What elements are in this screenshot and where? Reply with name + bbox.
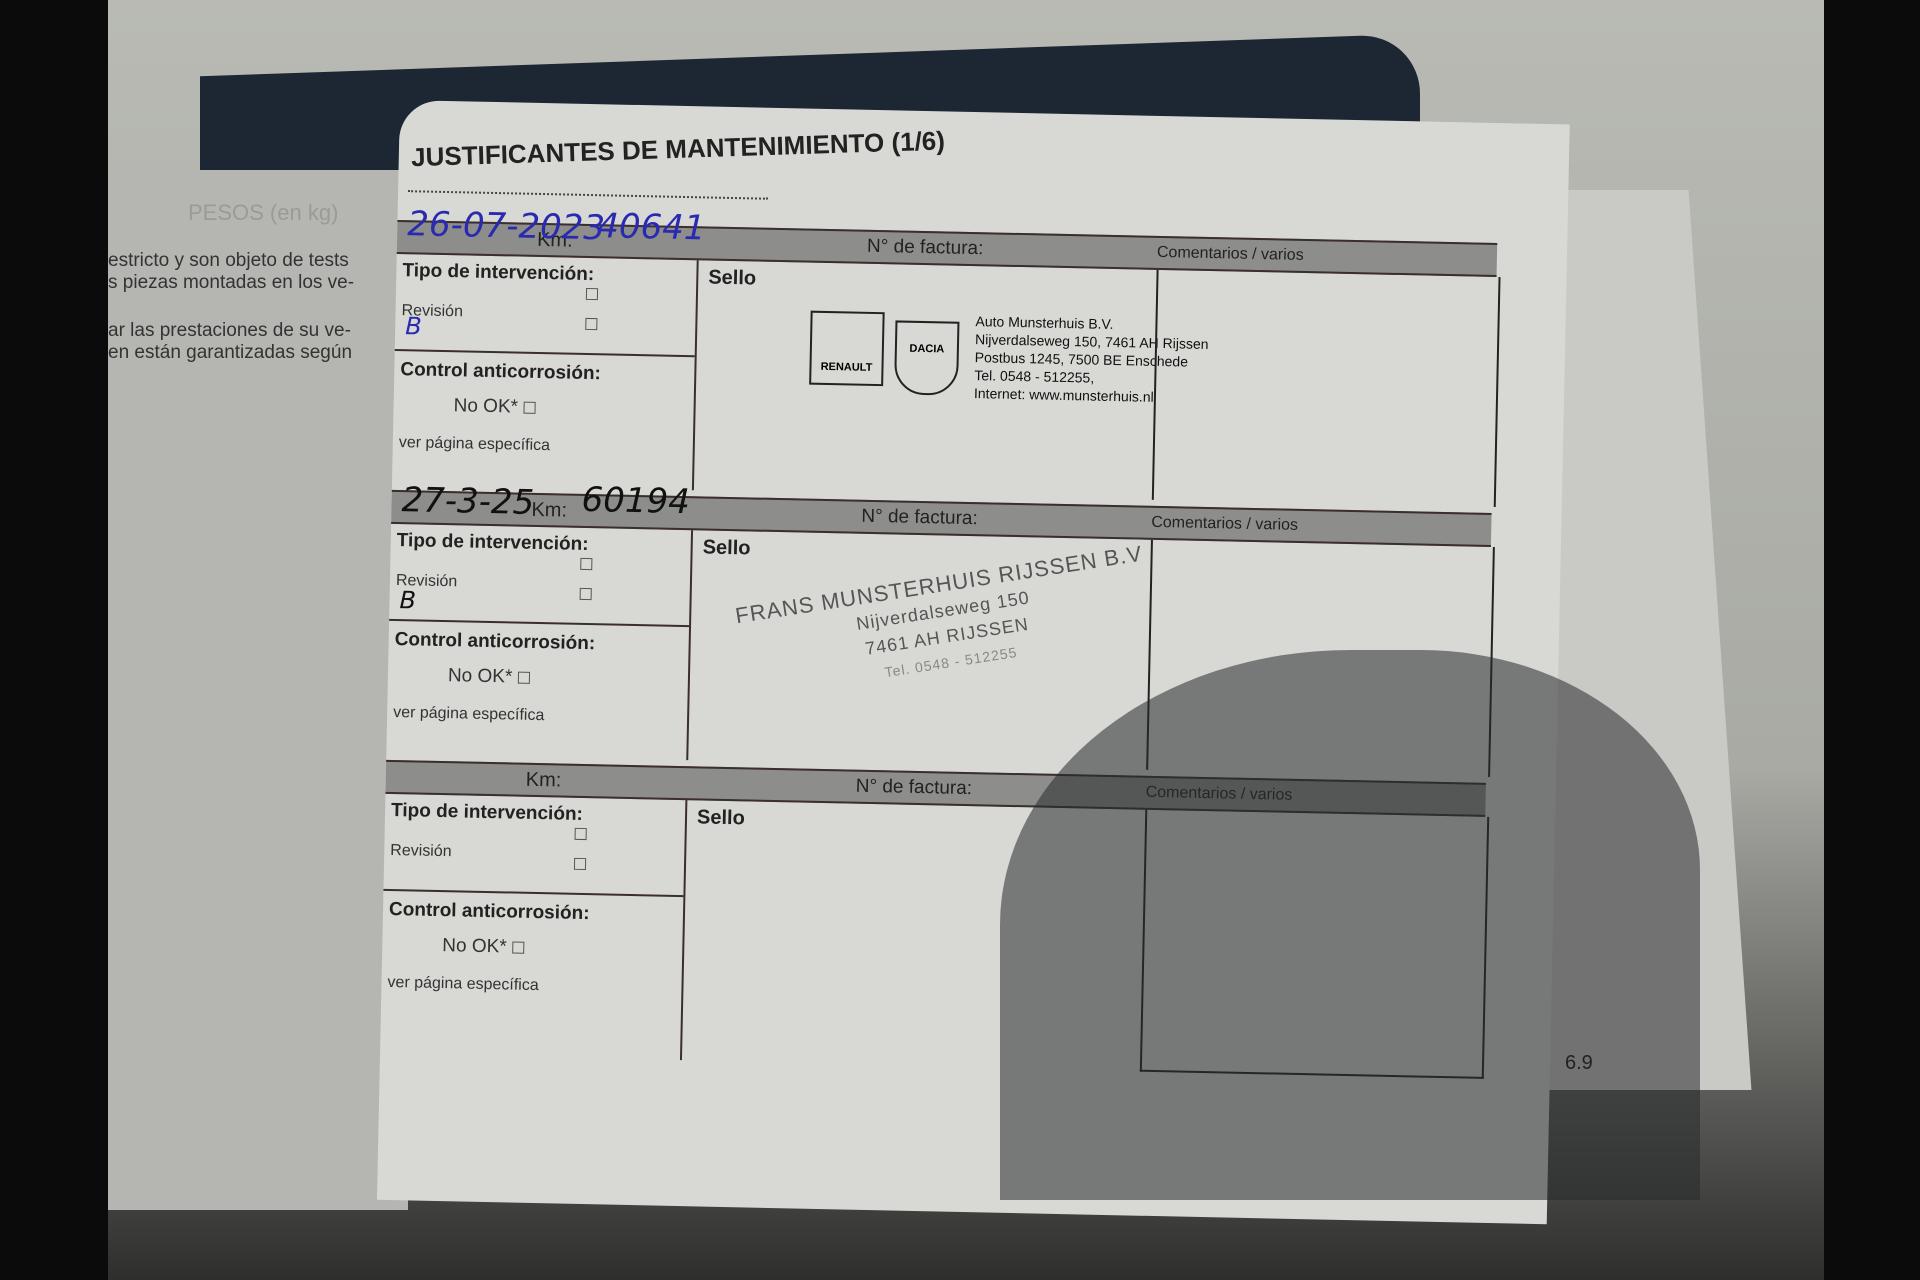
control-label: Control anticorrosión: bbox=[394, 629, 595, 655]
renault-text: RENAULT bbox=[811, 361, 881, 374]
checkbox bbox=[523, 402, 535, 414]
page-number: 6.9 bbox=[1565, 1052, 1593, 1075]
handwritten-km: 60194 bbox=[581, 480, 690, 522]
dark-border-right bbox=[1824, 0, 1920, 1280]
see-page-label: ver página específica bbox=[399, 434, 551, 455]
no-ok-label: No OK* bbox=[453, 395, 518, 418]
dacia-logo: DACIA bbox=[894, 320, 960, 395]
factura-label: N° de factura: bbox=[867, 236, 984, 260]
left-page-line: s piezas montadas en los ve- bbox=[108, 272, 354, 294]
checkbox bbox=[575, 828, 587, 840]
dealer-rubber-stamp: FRANS MUNSTERHUIS RIJSSEN B.V Nijverdals… bbox=[734, 541, 1157, 707]
dark-border-left bbox=[0, 0, 108, 1280]
sello-label: Sello bbox=[702, 536, 750, 560]
checkbox bbox=[580, 558, 592, 570]
maintenance-entry: Km: N° de factura: Comentarios / varios … bbox=[397, 220, 1557, 244]
revision-label: Revisión bbox=[390, 842, 452, 861]
divider bbox=[389, 619, 689, 627]
comentarios-label: Comentarios / varios bbox=[1151, 514, 1298, 535]
handwritten-date: 26-07-2023 bbox=[407, 204, 605, 248]
control-label: Control anticorrosión: bbox=[400, 359, 601, 385]
dotted-line bbox=[408, 190, 768, 200]
tipo-label: Tipo de intervención: bbox=[391, 800, 583, 826]
hand-shadow bbox=[1000, 650, 1700, 1200]
checkbox bbox=[585, 318, 597, 330]
see-page-label: ver página específica bbox=[387, 974, 539, 995]
sello-label: Sello bbox=[697, 806, 745, 830]
left-page-line: en están garantizadas según bbox=[108, 342, 352, 364]
control-label: Control anticorrosión: bbox=[389, 899, 590, 925]
handwritten-revision: B bbox=[405, 312, 422, 340]
checkbox bbox=[586, 288, 598, 300]
handwritten-date: 27-3-25 bbox=[401, 480, 535, 523]
left-page: PESOS (en kg) estricto y son objeto de t… bbox=[108, 170, 408, 1210]
checkbox bbox=[512, 942, 524, 954]
no-ok-label: No OK* bbox=[448, 665, 513, 688]
handwritten-revision: B bbox=[399, 586, 416, 614]
comentarios-label: Comentarios / varios bbox=[1157, 244, 1304, 265]
intervention-column: Tipo de intervención: Revisión Control a… bbox=[380, 794, 687, 1060]
comments-column bbox=[1152, 270, 1501, 507]
checkbox bbox=[574, 858, 586, 870]
km-label: Km: bbox=[526, 769, 562, 793]
left-page-line: ar las prestaciones de su ve- bbox=[108, 320, 351, 342]
intervention-column: Tipo de intervención: Revisión B Control… bbox=[386, 524, 693, 760]
divider bbox=[395, 349, 695, 357]
renault-logo: RENAULT bbox=[809, 311, 885, 387]
checkbox bbox=[518, 672, 530, 684]
factura-label: N° de factura: bbox=[855, 776, 972, 800]
left-page-line: estricto y son objeto de tests bbox=[108, 250, 349, 272]
km-label: Km: bbox=[531, 499, 567, 523]
divider bbox=[383, 889, 683, 897]
handwritten-km: 40641 bbox=[597, 206, 706, 248]
dacia-text: DACIA bbox=[897, 342, 957, 355]
intervention-column: Tipo de intervención: Revisión B Control… bbox=[392, 254, 699, 490]
sello-label: Sello bbox=[708, 266, 756, 290]
checkbox-checked bbox=[580, 588, 592, 600]
page-title: JUSTIFICANTES DE MANTENIMIENTO (1/6) bbox=[411, 125, 946, 173]
factura-label: N° de factura: bbox=[861, 506, 978, 530]
no-ok-label: No OK* bbox=[442, 935, 507, 958]
see-page-label: ver página específica bbox=[393, 704, 545, 725]
tipo-label: Tipo de intervención: bbox=[402, 260, 594, 286]
tipo-label: Tipo de intervención: bbox=[397, 530, 589, 556]
left-page-ghost-heading: PESOS (en kg) bbox=[188, 200, 338, 226]
